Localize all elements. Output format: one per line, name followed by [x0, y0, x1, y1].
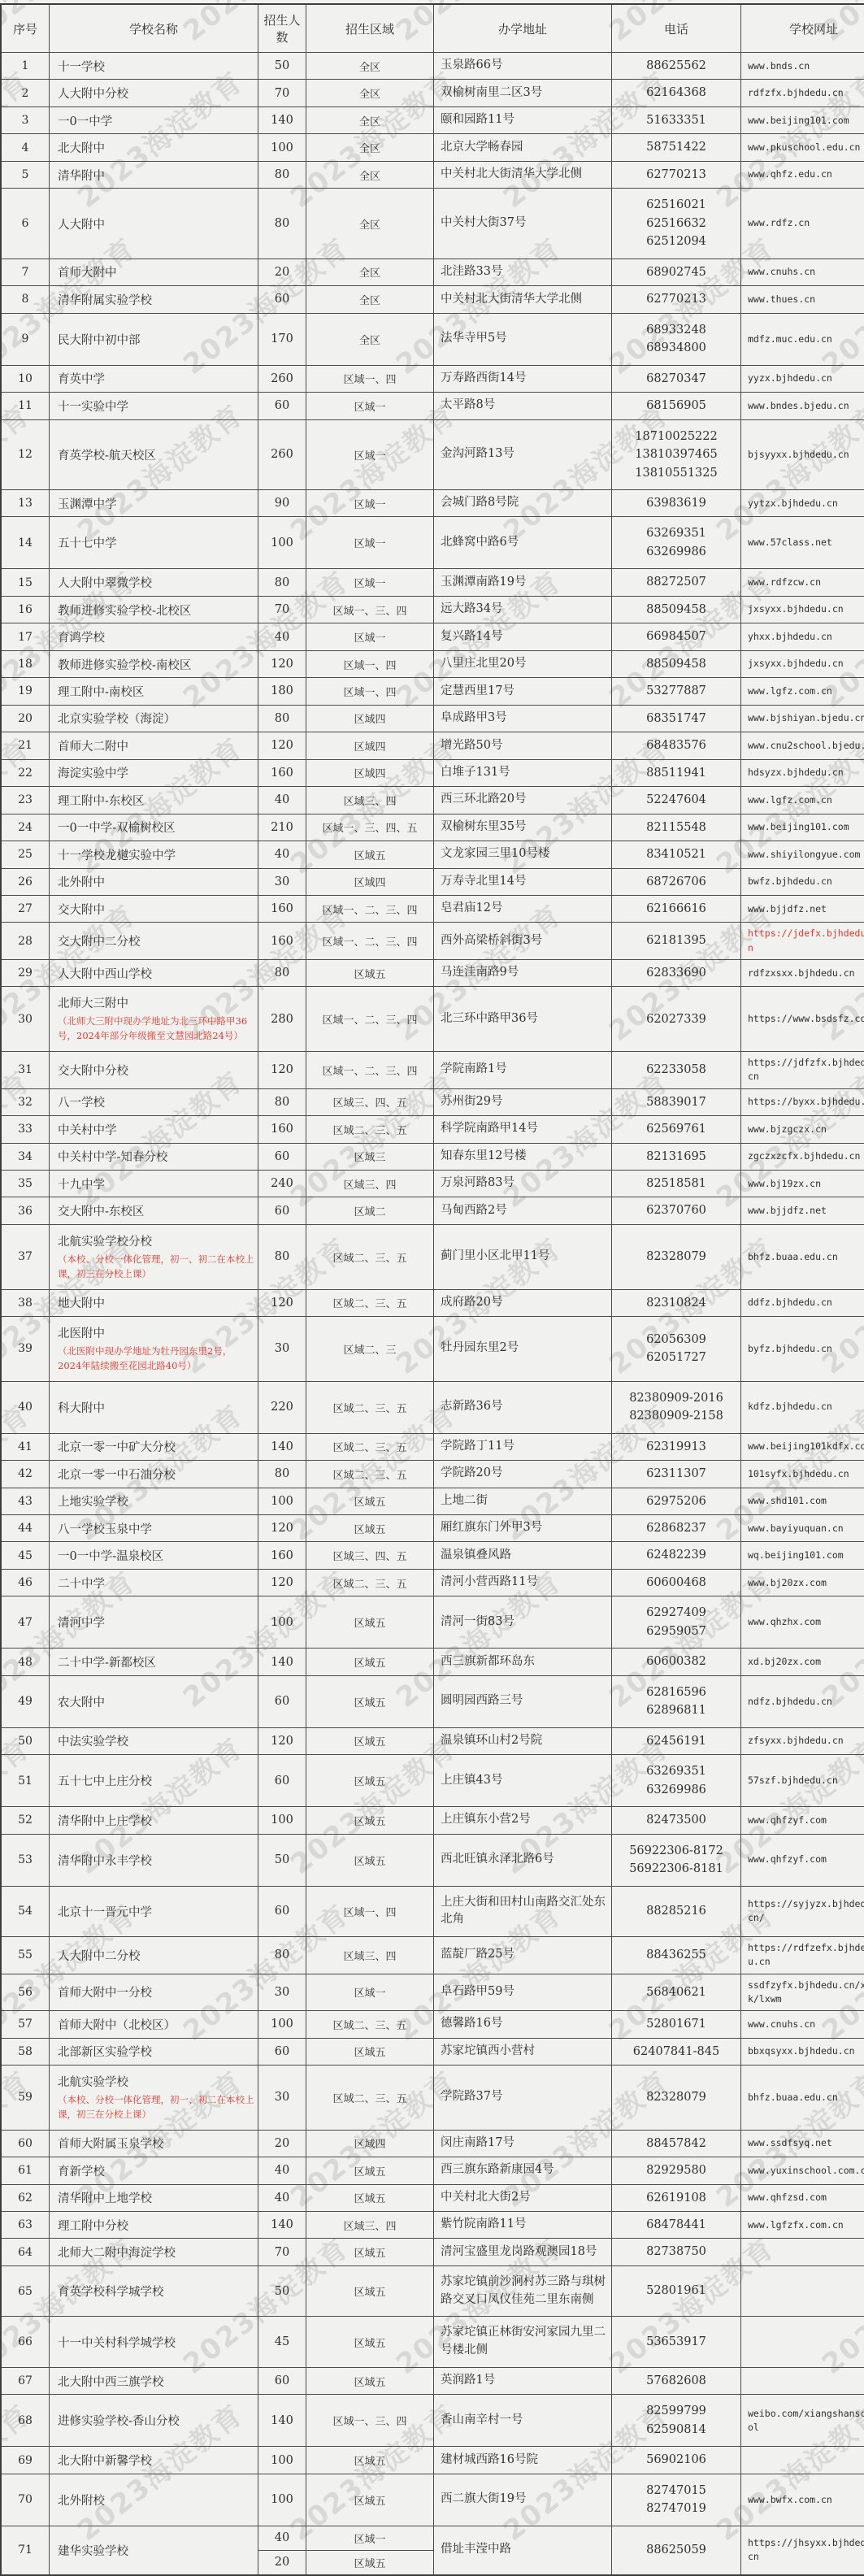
phone-cell: 57682608 [612, 2367, 741, 2394]
enrollment-count-cell: 160 [258, 1116, 306, 1143]
phone-cell: 62181395 [612, 923, 741, 960]
phone-cell: 8274701582747019 [612, 2474, 741, 2526]
address-cell: 远大路34号 [434, 596, 612, 623]
school-name-cell: 育鸿学校 [50, 623, 258, 650]
school-name: 二十中学 [58, 1575, 254, 1592]
table-row: 21首师大二附中120区域四增光路50号68483576www.cnu2scho… [1, 732, 864, 759]
school-name: 教师进修实验学校-南校区 [58, 656, 254, 673]
website-cell: www.57class.net [741, 517, 864, 569]
enrollment-count-cell: 80 [258, 959, 306, 986]
phone-number: 62516632 [615, 215, 737, 232]
enrollment-count-cell: 100 [258, 134, 306, 161]
table-row: 67北大附中西三旗学校60区域五英润路1号57682608 [1, 2367, 864, 2394]
phone-cell: 62975206 [612, 1488, 741, 1514]
school-name-cell: 科大附中 [50, 1381, 258, 1433]
school-name-cell: 首师大附属玉泉学校 [50, 2130, 258, 2157]
table-row: 71建华实验学校40区域一借址丰滢中路88625059https://jhsyx… [1, 2526, 864, 2550]
phone-number: 63269351 [615, 1762, 737, 1780]
school-name-cell: 交大附中分校 [50, 1052, 258, 1089]
school-name-cell: 人大附中翠微学校 [50, 569, 258, 596]
school-name-cell: 一0一中学 [50, 106, 258, 133]
school-name: 北师大二附中海淀学校 [58, 2244, 254, 2261]
address-cell: 西二旗大街19号 [434, 2474, 612, 2526]
school-name-cell: 人大附中分校 [50, 80, 258, 106]
address-cell: 苏家坨镇正林街安河家园九里二号楼北侧 [434, 2317, 612, 2368]
enrollment-count-cell: 70 [258, 2239, 306, 2265]
phone-cell: 52801671 [612, 2011, 741, 2038]
school-name: 农大附中 [58, 1693, 254, 1710]
website-cell: www.shd101.com [741, 1488, 864, 1514]
phone-cell: 62482239 [612, 1542, 741, 1569]
admission-region-cell: 区域二、三、五 [306, 2011, 434, 2038]
enrollment-count-cell: 70 [258, 80, 306, 106]
website-cell: www.bayiyuquan.cn [741, 1514, 864, 1541]
phone-number: 62456191 [615, 1732, 737, 1750]
website-cell: kdfz.bjhdedu.cn [741, 1381, 864, 1433]
admission-region-cell: 区域二、三、五 [306, 1224, 434, 1289]
table-row: 39北医附中（北医附中现办学地址为牡丹园东里2号，2024年陆续搬至花园北路40… [1, 1317, 864, 1382]
table-row: 69北大附中新馨学校100区域五建材城西路16号院56902106 [1, 2447, 864, 2474]
table-row: 12育英学校-航天校区260区域一金沟河路13号1871002522213810… [1, 419, 864, 489]
school-name-cell: 北外附校 [50, 2474, 258, 2526]
enrollment-count-cell: 100 [258, 1596, 306, 1649]
website-cell [741, 2447, 864, 2474]
school-name-cell: 上地实验学校 [50, 1488, 258, 1514]
enrollment-count-cell: 170 [258, 313, 306, 365]
enrollment-count-cell: 50 [258, 2265, 306, 2317]
website-cell: www.bjjdfz.net [741, 896, 864, 923]
school-name-cell: 清华附中 [50, 161, 258, 188]
enrollment-count-cell: 30 [258, 2065, 306, 2130]
admission-region-cell: 区域一 [306, 517, 434, 569]
school-name-cell: 二十中学 [50, 1569, 258, 1596]
row-number-cell: 8 [1, 286, 50, 313]
phone-number: 60600382 [615, 1653, 737, 1670]
phone-number: 82380909-2158 [615, 1407, 737, 1425]
table-row: 32八一学校80区域三、四、五苏州街29号58839017https://byx… [1, 1088, 864, 1115]
row-number-cell: 10 [1, 365, 50, 392]
table-row: 63理工附中分校140区域三、四紫竹院南路11号68478441www.lgfz… [1, 2212, 864, 2239]
enrollment-count-cell: 180 [258, 678, 306, 705]
table-row: 64北师大二附中海淀学校70区域五清河宝盛里龙岗路观澳园18号82738750 [1, 2239, 864, 2265]
address-cell: 西三旗新都环岛东 [434, 1649, 612, 1675]
enrollment-count-cell: 100 [258, 517, 306, 569]
admission-region-cell: 区域二、三、五 [306, 1289, 434, 1316]
row-number-cell: 51 [1, 1755, 50, 1807]
website-cell: www.bjjdfz.net [741, 1197, 864, 1224]
table-row: 30北师大三附中（北师大三附中现办学地址为北三环中路甲36号，2024年部分年级… [1, 987, 864, 1052]
row-number-cell: 36 [1, 1197, 50, 1224]
phone-cell: 62027339 [612, 987, 741, 1052]
table-row: 62清华附中上地学校40区域五中关村北大街2号62619108www.qhfzs… [1, 2184, 864, 2211]
admission-region-cell: 区域五 [306, 2184, 434, 2211]
enrollment-count-cell: 100 [258, 2474, 306, 2526]
phone-number: 62868237 [615, 1519, 737, 1537]
website-cell: https://jdefx.bjhdedu.cn [741, 923, 864, 960]
school-name: 理工附中-东校区 [58, 792, 254, 809]
table-row: 44八一学校玉泉中学120区域五厢红旗东门外甲3号62868237www.bay… [1, 1514, 864, 1541]
phone-number: 56922306-8172 [615, 1842, 737, 1860]
admission-region-cell: 区域一 [306, 419, 434, 489]
address-cell: 学院路20号 [434, 1461, 612, 1488]
school-name: 北大附中新馨学校 [58, 2452, 254, 2469]
row-number-cell: 23 [1, 787, 50, 814]
address-cell: 西北旺镇永泽北路6号 [434, 1834, 612, 1886]
row-number-cell: 22 [1, 759, 50, 786]
address-cell: 马连洼南路9号 [434, 959, 612, 986]
enrollment-count-cell: 210 [258, 814, 306, 841]
school-name: 人大附中西山学校 [58, 965, 254, 982]
school-name: 育鸿学校 [58, 628, 254, 645]
phone-cell: 60600382 [612, 1649, 741, 1675]
address-cell: 双榆树东里35号 [434, 814, 612, 841]
school-name-cell: 中法实验学校 [50, 1727, 258, 1754]
table-row: 29人大附中西山学校80区域五马连洼南路9号62833690rdfzxsxx.b… [1, 959, 864, 986]
phone-cell: 88625059 [612, 2526, 741, 2575]
phone-number: 13810551325 [615, 464, 737, 482]
phone-number: 62619108 [615, 2189, 737, 2207]
school-name: 十一中关村科学城学校 [58, 2334, 254, 2351]
address-cell: 马甸西路2号 [434, 1197, 612, 1224]
phone-cell: 88272507 [612, 569, 741, 596]
school-note: （北医附中现办学地址为牡丹园东里2号，2024年陆续搬至花园北路40号） [58, 1344, 254, 1374]
phone-number: 62056309 [615, 1331, 737, 1349]
phone-number: 88272507 [615, 573, 737, 591]
website-cell: www.qhfzyf.com [741, 1807, 864, 1834]
admission-region-cell: 区域四 [306, 759, 434, 786]
phone-cell: 68270347 [612, 365, 741, 392]
table-row: 20北京实验学校（海淀）80区域四阜成路甲3号68351747www.bjshi… [1, 705, 864, 732]
phone-number: 68902745 [615, 263, 737, 281]
phone-cell: 6893324868934800 [612, 313, 741, 365]
phone-cell: 58839017 [612, 1088, 741, 1115]
website-cell: www.bwfx.com.cn [741, 2474, 864, 2526]
address-cell: 西三旗东路新康园4号 [434, 2157, 612, 2184]
table-row: 48二十中学-新都校区140区域五西三旗新都环岛东60600382xd.bj20… [1, 1649, 864, 1675]
table-row: 52清华附中上庄学校100区域五上庄镇东小营2号82473500www.qhfz… [1, 1807, 864, 1834]
enrollment-count-cell: 90 [258, 489, 306, 516]
school-name-cell: 五十七中上庄分校 [50, 1755, 258, 1807]
phone-number: 82380909-2016 [615, 1389, 737, 1407]
phone-cell: 62370760 [612, 1197, 741, 1224]
row-number-cell: 65 [1, 2265, 50, 2317]
table-row: 11十一实验中学60区域一太平路8号68156905www.bndes.bjed… [1, 393, 864, 419]
address-cell: 北蜂窝中路6号 [434, 517, 612, 569]
school-name: 首师大附中（北校区） [58, 2016, 254, 2033]
school-name-cell: 十一中关村科学城学校 [50, 2317, 258, 2368]
website-cell: https://jhsyxx.bjhdedu.cn [741, 2526, 864, 2575]
phone-cell: 82738750 [612, 2239, 741, 2265]
school-name: 十一实验中学 [58, 397, 254, 415]
school-name-cell: 育英学校-航天校区 [50, 419, 258, 489]
row-number-cell: 31 [1, 1052, 50, 1089]
address-cell: 借址丰滢中路 [434, 2526, 612, 2575]
address-cell: 学院路丁11号 [434, 1433, 612, 1460]
table-row: 19理工附中-南校区180区域一、四定慧西里17号53277887www.lgf… [1, 678, 864, 705]
admission-region-cell: 区域三、四 [306, 1170, 434, 1197]
phone-cell: 68156905 [612, 393, 741, 419]
header-phone: 电话 [612, 4, 741, 53]
phone-number: 63269351 [615, 524, 737, 542]
school-name-cell: 北师大三附中（北师大三附中现办学地址为北三环中路甲36号，2024年部分年级搬至… [50, 987, 258, 1052]
phone-cell: 53653917 [612, 2317, 741, 2368]
school-name-cell: 海淀实验中学 [50, 759, 258, 786]
school-name-cell: 北京一零一中矿大分校 [50, 1433, 258, 1460]
website-cell: bwfz.bjhdedu.cn [741, 868, 864, 895]
phone-number: 63983619 [615, 494, 737, 512]
admission-region-cell: 区域一 [306, 1974, 434, 2011]
phone-cell: 62456191 [612, 1727, 741, 1754]
phone-cell: 68483576 [612, 732, 741, 759]
enrollment-count-cell: 80 [258, 189, 306, 258]
address-cell: 文龙家园三里10号楼 [434, 841, 612, 868]
admission-region-cell: 区域一 [306, 2526, 434, 2550]
row-number-cell: 20 [1, 705, 50, 732]
enrollment-count-cell: 160 [258, 759, 306, 786]
row-number-cell: 46 [1, 1569, 50, 1596]
phone-cell: 62770213 [612, 286, 741, 313]
phone-number: 62959057 [615, 1622, 737, 1640]
phone-number: 62512094 [615, 232, 737, 250]
row-number-cell: 70 [1, 2474, 50, 2526]
admission-region-cell: 区域五 [306, 959, 434, 986]
address-cell: 上庄镇43号 [434, 1755, 612, 1807]
address-cell: 定慧西里17号 [434, 678, 612, 705]
admission-region-cell: 区域二、三、五 [306, 2065, 434, 2130]
phone-cell: 88511941 [612, 759, 741, 786]
school-name: 二十中学-新都校区 [58, 1653, 254, 1670]
table-row: 45一0一中学-温泉校区160区域三、四、五温泉镇叠风路62482239wq.b… [1, 1542, 864, 1569]
address-cell: 北洼路33号 [434, 258, 612, 285]
address-cell: 双榆树南里二区3号 [434, 80, 612, 106]
website-cell: www.shiyilongyue.com [741, 841, 864, 868]
phone-number: 56902106 [615, 2451, 737, 2469]
header-address: 办学地址 [434, 4, 612, 53]
row-number-cell: 26 [1, 868, 50, 895]
phone-number: 62770213 [615, 166, 737, 184]
phone-cell: 88509458 [612, 650, 741, 677]
address-cell: 科学院南路甲14号 [434, 1116, 612, 1143]
phone-cell: 56922306-817256922306-8181 [612, 1834, 741, 1886]
enrollment-count-cell: 60 [258, 393, 306, 419]
table-row: 46二十中学120区域二、三、五清河小营西路11号60600468www.bj2… [1, 1569, 864, 1596]
phone-number: 62319913 [615, 1438, 737, 1456]
school-name: 育英中学 [58, 370, 254, 387]
row-number-cell: 33 [1, 1116, 50, 1143]
address-cell: 学院路37号 [434, 2065, 612, 2130]
admission-region-cell: 区域一 [306, 623, 434, 650]
school-name: 首师大二附中 [58, 737, 254, 754]
phone-cell: 56902106 [612, 2447, 741, 2474]
phone-number: 82738750 [615, 2243, 737, 2261]
website-cell: mdfz.muc.edu.cn [741, 313, 864, 365]
school-name-cell: 北师大二附中海淀学校 [50, 2239, 258, 2265]
school-name-cell: 北大附中 [50, 134, 258, 161]
school-name: 清华附中上庄学校 [58, 1812, 254, 1829]
admission-region-cell: 区域五 [306, 2550, 434, 2575]
address-cell: 万寿寺北里14号 [434, 868, 612, 895]
phone-cell: 68478441 [612, 2212, 741, 2239]
phone-cell: 82929580 [612, 2157, 741, 2184]
website-cell: weibo.com/xiangshanschool [741, 2395, 864, 2447]
admission-region-cell: 区域五 [306, 1807, 434, 1834]
table-row: 57首师大附中（北校区）100区域二、三、五德馨路16号52801671www.… [1, 2011, 864, 2038]
website-cell: www.qhzhx.com [741, 1596, 864, 1649]
admission-region-cell: 区域一、四 [306, 1886, 434, 1937]
school-name-cell: 首师大附中 [50, 258, 258, 285]
phone-cell: 62164368 [612, 80, 741, 106]
phone-cell: 62868237 [612, 1514, 741, 1541]
row-number-cell: 40 [1, 1381, 50, 1433]
row-number-cell: 6 [1, 189, 50, 258]
admission-region-cell: 区域五 [306, 1514, 434, 1541]
enrollment-count-cell: 240 [258, 1170, 306, 1197]
row-number-cell: 53 [1, 1834, 50, 1886]
school-name: 北师大三附中 [58, 994, 254, 1011]
website-cell: www.beijing101kdfx.com [741, 1433, 864, 1460]
header-no: 序号 [1, 4, 50, 53]
phone-number: 62370760 [615, 1201, 737, 1219]
phone-cell: 82518581 [612, 1170, 741, 1197]
row-number-cell: 32 [1, 1088, 50, 1115]
school-name-cell: 理工附中-南校区 [50, 678, 258, 705]
enrollment-count-cell: 160 [258, 896, 306, 923]
phone-number: 51633351 [615, 111, 737, 129]
enrollment-count-cell: 60 [258, 2367, 306, 2394]
phone-cell: 82380909-201682380909-2158 [612, 1381, 741, 1433]
enrollment-count-cell: 140 [258, 1433, 306, 1460]
address-cell: 香山南辛村一号 [434, 2395, 612, 2447]
school-name-cell: 首师大二附中 [50, 732, 258, 759]
school-name-cell: 北大附中西三旗学校 [50, 2367, 258, 2394]
address-cell: 皂君庙12号 [434, 896, 612, 923]
row-number-cell: 44 [1, 1514, 50, 1541]
admission-region-cell: 区域一、三、四 [306, 596, 434, 623]
row-number-cell: 14 [1, 517, 50, 569]
phone-cell: 6292740962959057 [612, 1596, 741, 1649]
row-number-cell: 1 [1, 53, 50, 80]
admission-region-cell: 区域一 [306, 393, 434, 419]
school-name-cell: 五十七中学 [50, 517, 258, 569]
school-name-cell: 北京实验学校（海淀） [50, 705, 258, 732]
phone-number: 66984507 [615, 628, 737, 645]
school-name-cell: 首师大附中（北校区） [50, 2011, 258, 2038]
address-cell: 太平路8号 [434, 393, 612, 419]
enrollment-count-cell: 20 [258, 2130, 306, 2157]
address-cell: 颐和园路11号 [434, 106, 612, 133]
address-cell: 厢红旗东门外甲3号 [434, 1514, 612, 1541]
school-name: 五十七中上庄分校 [58, 1772, 254, 1789]
phone-number: 62181395 [615, 932, 737, 949]
table-row: 43上地实验学校100区域五上地二街62975206www.shd101.com [1, 1488, 864, 1514]
enrollment-count-cell: 140 [258, 1649, 306, 1675]
school-name: 北京实验学校（海淀） [58, 710, 254, 727]
address-cell: 建材城西路16号院 [434, 2447, 612, 2474]
admission-region-cell: 区域四 [306, 868, 434, 895]
website-cell: bhfz.buaa.edu.cn [741, 2065, 864, 2130]
admission-region-cell: 区域四 [306, 2130, 434, 2157]
enrollment-count-cell: 60 [258, 2038, 306, 2065]
address-cell: 中关村大街37号 [434, 189, 612, 258]
address-cell: 上地二街 [434, 1488, 612, 1514]
row-number-cell: 7 [1, 258, 50, 285]
school-name-cell: 八一学校 [50, 1088, 258, 1115]
row-number-cell: 68 [1, 2395, 50, 2447]
table-row: 54北京十一晋元中学60区域一、四上庄大街和田村山南路交汇处东北角8828521… [1, 1886, 864, 1937]
school-name-cell: 北大附中新馨学校 [50, 2447, 258, 2474]
school-name: 一0一中学-温泉校区 [58, 1547, 254, 1564]
website-cell: www.ssdfsyq.net [741, 2130, 864, 2157]
enrollment-count-cell: 260 [258, 419, 306, 489]
enrollment-count-cell: 100 [258, 2011, 306, 2038]
website-cell: wq.beijing101.com [741, 1542, 864, 1569]
admission-region-cell: 区域五 [306, 2157, 434, 2184]
school-name-cell: 一0一中学-温泉校区 [50, 1542, 258, 1569]
website-cell: www.bj20zx.com [741, 1569, 864, 1596]
phone-number: 68483576 [615, 736, 737, 754]
address-cell: 蓝靛厂路25号 [434, 1937, 612, 1974]
phone-cell: 62619108 [612, 2184, 741, 2211]
school-name-cell: 农大附中 [50, 1675, 258, 1727]
phone-number: 68478441 [615, 2216, 737, 2234]
enrollment-count-cell: 45 [258, 2317, 306, 2368]
website-cell: www.bjshiyan.bjedu.cn [741, 705, 864, 732]
phone-cell: 82473500 [612, 1807, 741, 1834]
admission-region-cell: 区域四 [306, 705, 434, 732]
school-name-cell: 玉渊潭中学 [50, 489, 258, 516]
admission-region-cell: 区域一、二、三、四 [306, 1052, 434, 1089]
website-cell: www.lgfzfx.com.cn [741, 2212, 864, 2239]
school-name: 中关村中学-知春分校 [58, 1148, 254, 1165]
website-cell: www.lgfz.com.cn [741, 678, 864, 705]
school-name: 人大附中翠微学校 [58, 574, 254, 591]
phone-number: 82929580 [615, 2161, 737, 2179]
admission-region-cell: 区域五 [306, 1649, 434, 1675]
admission-region-cell: 区域三、四 [306, 787, 434, 814]
table-row: 35十九中学240区域三、四万泉河路83号82518581www.bj19zx.… [1, 1170, 864, 1197]
table-row: 1十一学校50全区玉泉路66号88625562www.bnds.cn [1, 53, 864, 80]
school-name-cell: 北部新区实验学校 [50, 2038, 258, 2065]
admission-region-cell: 区域二、三、五 [306, 1433, 434, 1460]
address-cell: 玉泉路66号 [434, 53, 612, 80]
website-cell: yyzx.bjhdedu.cn [741, 365, 864, 392]
phone-number: 88511941 [615, 764, 737, 782]
row-number-cell: 56 [1, 1974, 50, 2011]
row-number-cell: 29 [1, 959, 50, 986]
school-name: 北航实验学校分校 [58, 1232, 254, 1249]
row-number-cell: 37 [1, 1224, 50, 1289]
header-site: 学校网址 [741, 4, 864, 53]
phone-cell: 52247604 [612, 787, 741, 814]
row-number-cell: 64 [1, 2239, 50, 2265]
school-name: 地大附中 [58, 1294, 254, 1311]
website-cell: rdfzfx.bjhdedu.cn [741, 80, 864, 106]
school-name-cell: 理工附中-东校区 [50, 787, 258, 814]
phone-number: 63269986 [615, 1781, 737, 1799]
address-cell: 学院南路1号 [434, 1052, 612, 1089]
website-cell [741, 2317, 864, 2368]
school-name-cell: 中关村中学-知春分校 [50, 1143, 258, 1170]
admission-region-cell: 区域三、四 [306, 1937, 434, 1974]
website-cell [741, 2367, 864, 2394]
school-name-cell: 清华附中永丰学校 [50, 1834, 258, 1886]
website-cell: hdsyzx.bjhdedu.cn [741, 759, 864, 786]
row-number-cell: 55 [1, 1937, 50, 1974]
row-number-cell: 61 [1, 2157, 50, 2184]
school-name-cell: 清华附属实验学校 [50, 286, 258, 313]
enrollment-count-cell: 80 [258, 1461, 306, 1488]
row-number-cell: 62 [1, 2184, 50, 2211]
